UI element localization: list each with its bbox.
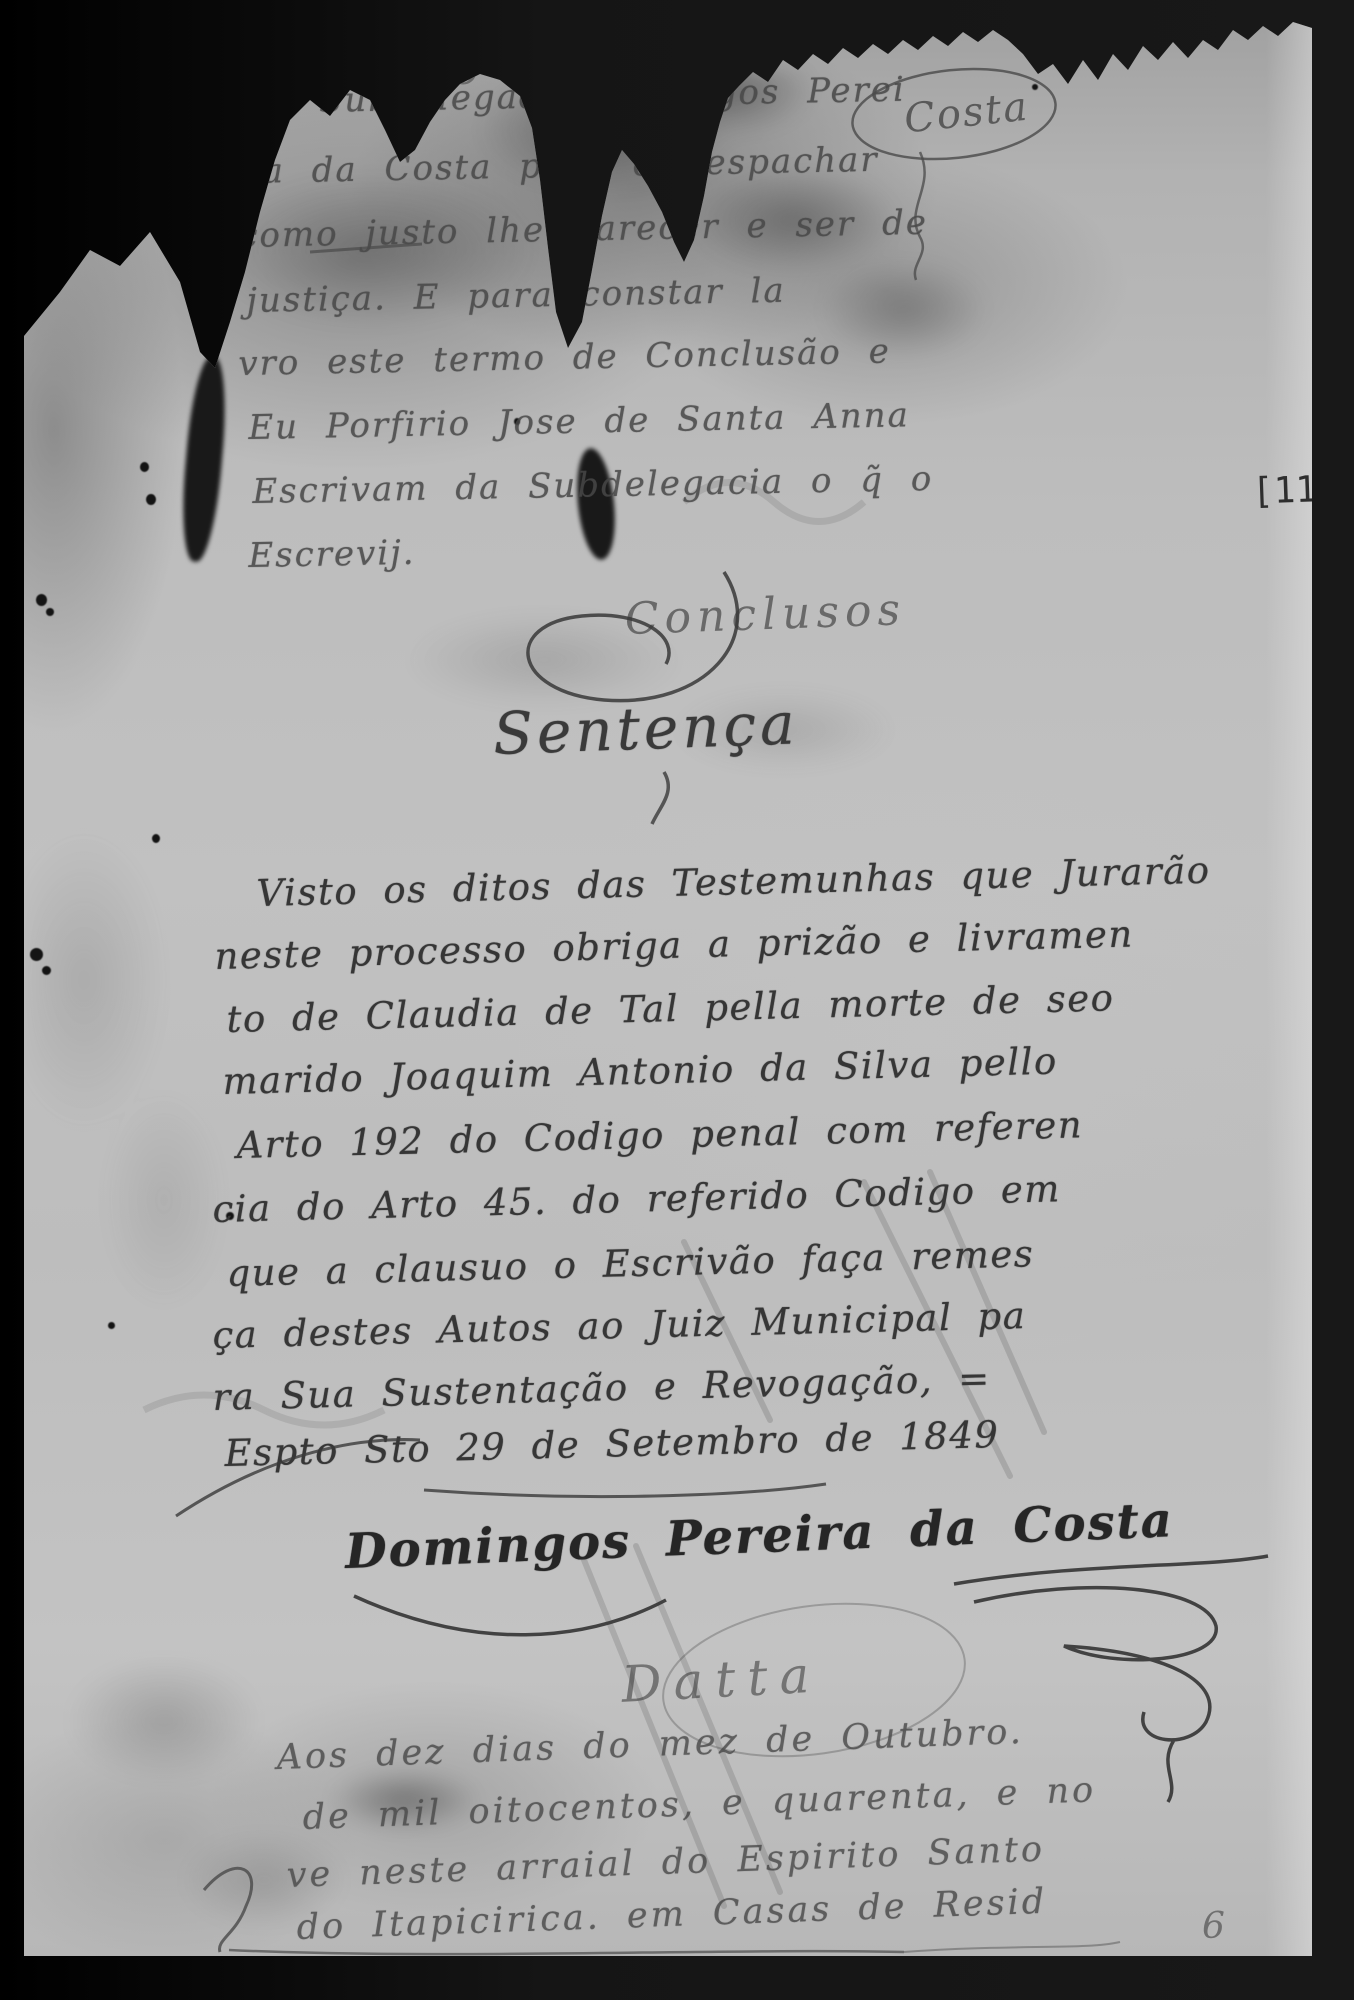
signature-stroke bbox=[954, 1556, 1268, 1584]
date-underline bbox=[424, 1484, 826, 1497]
sentenca-comma bbox=[652, 772, 668, 824]
handwritten-line: vro este termo de Conclusão e bbox=[238, 331, 891, 384]
ink-spot bbox=[36, 594, 47, 606]
ink-spot bbox=[152, 834, 160, 843]
handwritten-line: Escrevij. bbox=[248, 533, 416, 576]
handwritten-line: ça destes Autos ao Juiz Municipal pa bbox=[212, 1294, 1027, 1357]
handwritten-line: que a clausuo o Escrivão faça remes bbox=[226, 1232, 1035, 1295]
handwritten-line: ra da Costa para o despachar bbox=[244, 140, 879, 192]
ink-spot bbox=[146, 494, 156, 505]
bottom-underline bbox=[229, 1950, 904, 1954]
handwritten-line: marido Joaquim Antonio da Silva pello bbox=[222, 1040, 1058, 1103]
bottom-underline-2 bbox=[904, 1942, 1120, 1952]
page-edge-highlight bbox=[1266, 0, 1312, 1956]
ink-spot bbox=[1032, 84, 1038, 90]
handwritten-line: neste processo obriga a prizão e livrame… bbox=[214, 913, 1134, 978]
ink-spot bbox=[140, 462, 149, 472]
ink-spot bbox=[108, 1322, 115, 1329]
handwritten-line: como justo lhe parecer e ser de bbox=[238, 203, 928, 256]
document-page: O Subdelegado Domingos Perei ra da Costa… bbox=[24, 0, 1312, 1956]
ink-spot bbox=[30, 948, 43, 961]
scan-background: O Subdelegado Domingos Perei ra da Costa… bbox=[0, 0, 1354, 2000]
handwritten-line: Aos dez dias do mez de Outubro. bbox=[276, 1712, 1024, 1778]
handwritten-line: Arto 192 do Codigo penal com referen bbox=[236, 1103, 1084, 1167]
handwritten-line: justiça. E para constar la bbox=[246, 271, 786, 321]
paper-hole bbox=[177, 355, 231, 563]
handwritten-line: Escrivam da Subdelegacia o q̃ o bbox=[252, 459, 934, 512]
ink-spot bbox=[46, 608, 54, 616]
pencil-mark-top: 6 bbox=[452, 44, 480, 95]
catchword-flourish bbox=[204, 1868, 252, 1952]
handwritten-line: ra Sua Sustentação e Revogação, = bbox=[212, 1357, 991, 1419]
pencil-mark-bottom-right: 6 bbox=[1202, 1906, 1225, 1947]
heading-conclusos: Conclusos bbox=[624, 584, 907, 645]
handwritten-line: to de Claudia de Tal pella morte de seo bbox=[226, 976, 1115, 1041]
handwritten-line: de mil oitocentos, e quarenta, e no bbox=[302, 1770, 1097, 1838]
handwritten-line: Visto os ditos das Testemunhas que Jurar… bbox=[256, 849, 1211, 915]
signature-sweep bbox=[354, 1596, 666, 1635]
handwritten-line: Eu Porfirio Jose de Santa Anna bbox=[248, 395, 910, 448]
signature-domingos-pereira-da-costa: Domingos Pereira da Costa bbox=[344, 1492, 1175, 1580]
ink-spot bbox=[42, 966, 51, 975]
rubric-costa-text: Costa bbox=[902, 84, 1031, 143]
handwritten-line: cia do Arto 45. do referido Codigo em bbox=[212, 1167, 1061, 1231]
heading-sentenca: Sentença bbox=[492, 689, 800, 768]
page-number: [11] bbox=[1251, 468, 1339, 512]
handwritten-line: O Subdelegado Domingos Perei bbox=[262, 70, 906, 122]
heading-datta: Datta bbox=[620, 1646, 823, 1714]
handwritten-line: Espto Sto 29 de Setembro de 1849 bbox=[224, 1413, 1000, 1475]
